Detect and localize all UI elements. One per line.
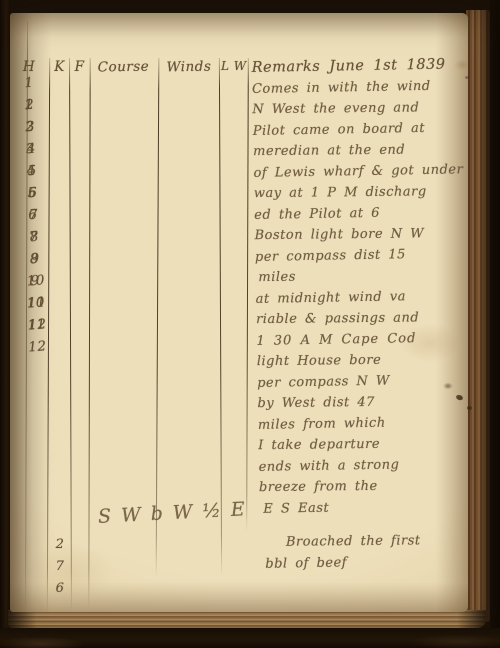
hour-number: 10 (20, 291, 51, 315)
remark-line: at midnight wind va (256, 285, 471, 310)
hour-number: 11 (21, 313, 52, 337)
column-header-leeway: L W (221, 59, 246, 79)
remark-line: 1 30 A M Cape Cod (256, 327, 471, 352)
remark-line: ed the Pilot at 6 (254, 201, 469, 226)
remark-line: Boston light bore N W (254, 223, 469, 246)
remark-line: Broached the first (286, 530, 475, 553)
logbook-page: H K F Course Winds L W 123456789101112 1… (10, 13, 468, 612)
column-rule-lw-remarks (246, 58, 249, 532)
remark-line: riable & passings and (256, 307, 471, 330)
column-header-fathoms: F (71, 59, 88, 79)
remark-line: N West the eveng and (252, 97, 467, 120)
knots-value: 7 (51, 556, 69, 578)
page-edges-bottom (8, 610, 486, 628)
remark-line: way at 1 P M discharg (254, 181, 469, 204)
logbook-photo: H K F Course Winds L W 123456789101112 1… (0, 0, 500, 648)
remarks-text: Comes in with the windN West the eveng a… (252, 75, 476, 575)
remark-line: Comes in with the wind (252, 75, 467, 100)
hour-number: 8 (19, 247, 50, 271)
remark-line: meredian at the end (253, 139, 468, 162)
remark-line: by West dist 47 (257, 391, 472, 414)
knots-value: 6 (51, 578, 69, 600)
remark-line: per compass dist 15 (255, 243, 470, 268)
column-rule-f-course (88, 58, 91, 610)
ink-blot (467, 406, 472, 410)
hour-number: 7 (18, 225, 49, 249)
ink-speck (465, 76, 469, 79)
remarks-title: Remarks June 1st 1839 (252, 56, 467, 76)
remark-line: of Lewis wharf & got under (253, 159, 468, 184)
hour-number: 5 (16, 181, 47, 205)
book-cover-top (0, 0, 500, 14)
knots-entries: 276 (51, 534, 69, 600)
hour-number: 3 (15, 137, 46, 161)
hour-number: 9 (19, 269, 50, 293)
column-rule-k-f (69, 58, 72, 612)
course-entry: S W b W ½ E (98, 498, 249, 528)
column-header-course: Course (91, 58, 156, 79)
remark-line: bbl of beef (265, 550, 475, 575)
remark-line: ends with a strong (258, 453, 473, 478)
hour-number: 12 (22, 335, 53, 359)
hour-number: 4 (16, 159, 47, 183)
remark-line: E S East (263, 495, 474, 520)
remark-line: miles (258, 265, 470, 288)
book-cover-right (490, 0, 500, 648)
remark-line: I take departure (258, 433, 473, 456)
column-header-knots: K (50, 59, 69, 79)
remark-line: miles from which (258, 411, 473, 436)
column-header-winds: Winds (159, 58, 219, 79)
remarks-column: Remarks June 1st 1839 Comes in with the … (252, 56, 476, 575)
column-rule-winds-lw (219, 58, 223, 576)
remark-line: light House bore (257, 349, 472, 372)
knots-value: 2 (51, 534, 69, 556)
remark-line: breeze from the (259, 475, 474, 498)
remark-line: per compass N W (257, 369, 472, 394)
remark-line: Pilot came on board at (253, 117, 468, 142)
hours-column: 123456789101112 123456789101112 (14, 72, 44, 116)
hour-number: 1 (13, 71, 44, 95)
book-cover-bottom (0, 628, 500, 648)
hour-number: 6 (17, 203, 48, 227)
hour-number: 2 (14, 115, 45, 139)
column-rule-course-winds (156, 58, 160, 578)
hour-number: 1 (13, 93, 44, 117)
